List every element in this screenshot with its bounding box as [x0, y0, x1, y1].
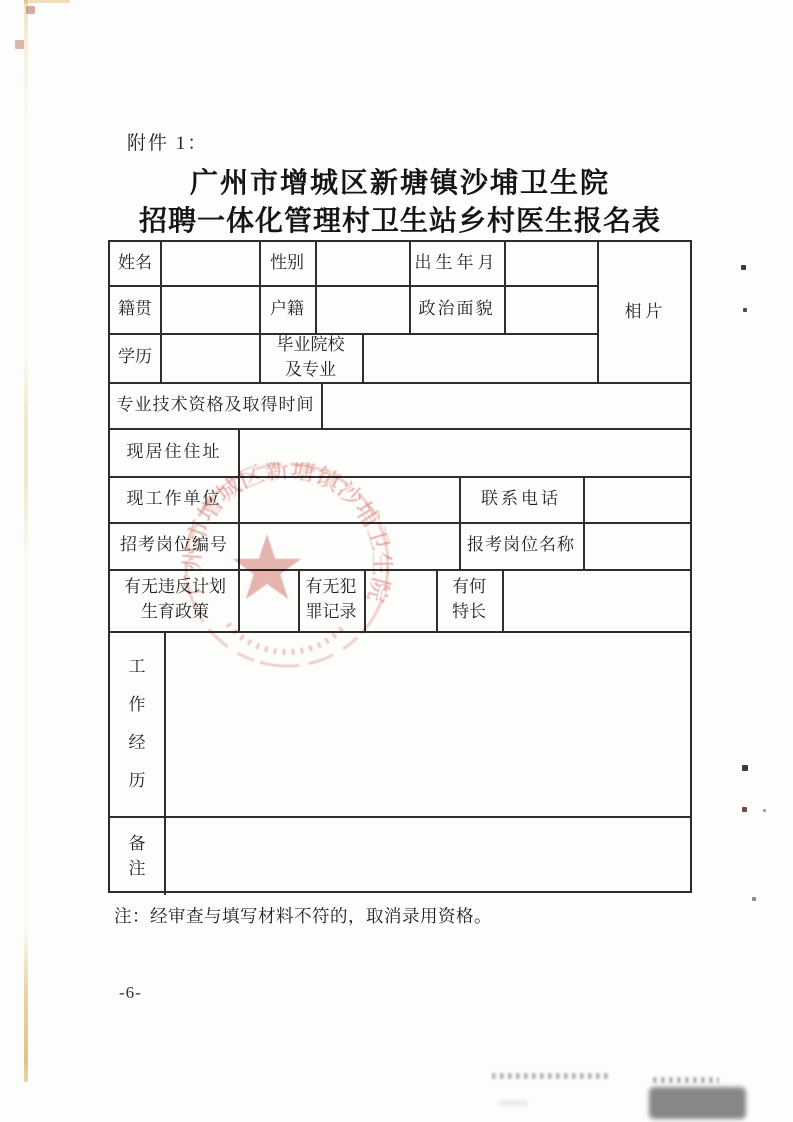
field-label-post-name: 报考岗位名称: [459, 522, 583, 569]
field-label-native-place: 籍贯: [110, 285, 160, 333]
scan-edge-top-stripe: [24, 0, 70, 3]
field-label-qualification: 专业技术资格及取得时间: [110, 382, 321, 428]
grid-line: [315, 242, 317, 333]
grid-line: [364, 569, 366, 631]
field-label-birth-date: 出生年月: [409, 242, 504, 285]
field-label-post-code: 招考岗位编号: [110, 522, 238, 569]
grid-line: [504, 242, 506, 333]
bleed-through-text-1: [492, 1073, 610, 1079]
scan-speck-1: [741, 265, 746, 270]
bleed-through-text-2: [653, 1077, 719, 1083]
field-label-work-experience: 工作经历: [110, 631, 164, 816]
scan-speck-4: [742, 807, 747, 812]
grid-line: [110, 816, 690, 818]
field-label-family-planning: 有无违反计划生育政策: [110, 569, 240, 631]
grid-line: [110, 285, 597, 287]
field-label-household: 户籍: [259, 285, 315, 333]
field-label-name: 姓名: [110, 242, 160, 285]
bleed-through-blot: [649, 1087, 746, 1119]
field-label-contact-phone: 联系电话: [459, 476, 583, 522]
grid-line: [502, 569, 504, 631]
field-label-specialty: 有何特长: [436, 569, 502, 631]
grid-line: [110, 631, 690, 633]
scan-speck-2: [743, 308, 747, 312]
field-label-political-status: 政治面貌: [409, 285, 504, 333]
form-title-line2: 招聘一体化管理村卫生站乡村医生报名表: [108, 199, 692, 239]
attachment-label: 附件 1：: [127, 128, 208, 155]
field-label-employer: 现工作单位: [110, 476, 238, 522]
footnote: 注：经审查与填写材料不符的，取消录用资格。: [114, 903, 492, 928]
scan-mark-top-left-2: [15, 40, 24, 49]
scan-mark-top-left-1: [26, 6, 35, 14]
grid-line: [164, 631, 166, 895]
scan-speck-3: [742, 765, 748, 771]
scan-speck-6: [752, 897, 756, 901]
grid-line: [321, 382, 323, 428]
scanned-form-page: 附件 1： 广州市增城区新塘镇沙埔卫生院 招聘一体化管理村卫生站乡村医生报名表 …: [0, 0, 793, 1122]
field-label-remarks: 备注: [110, 816, 164, 895]
application-form-table: 姓名 性别 出生年月 籍贯 户籍 政治面貌 相片 学历 毕业院校及专业 专业技术…: [108, 240, 692, 893]
photo-box-label: 相片: [597, 242, 694, 382]
scan-speck-5: [763, 809, 766, 812]
field-label-gender: 性别: [259, 242, 315, 285]
grid-line: [362, 333, 364, 382]
bleed-through-faint: [498, 1100, 528, 1106]
grid-line: [160, 242, 162, 382]
field-label-criminal-record: 有无犯罪记录: [298, 569, 364, 631]
field-label-address: 现居住住址: [110, 428, 238, 476]
scan-edge-left-stripe: [24, 0, 28, 1082]
field-label-school-major: 毕业院校及专业: [259, 333, 362, 382]
field-label-education: 学历: [110, 333, 160, 382]
page-number: -6-: [119, 983, 142, 1003]
grid-line: [583, 476, 585, 569]
form-title-line1: 广州市增城区新塘镇沙埔卫生院: [108, 161, 692, 201]
